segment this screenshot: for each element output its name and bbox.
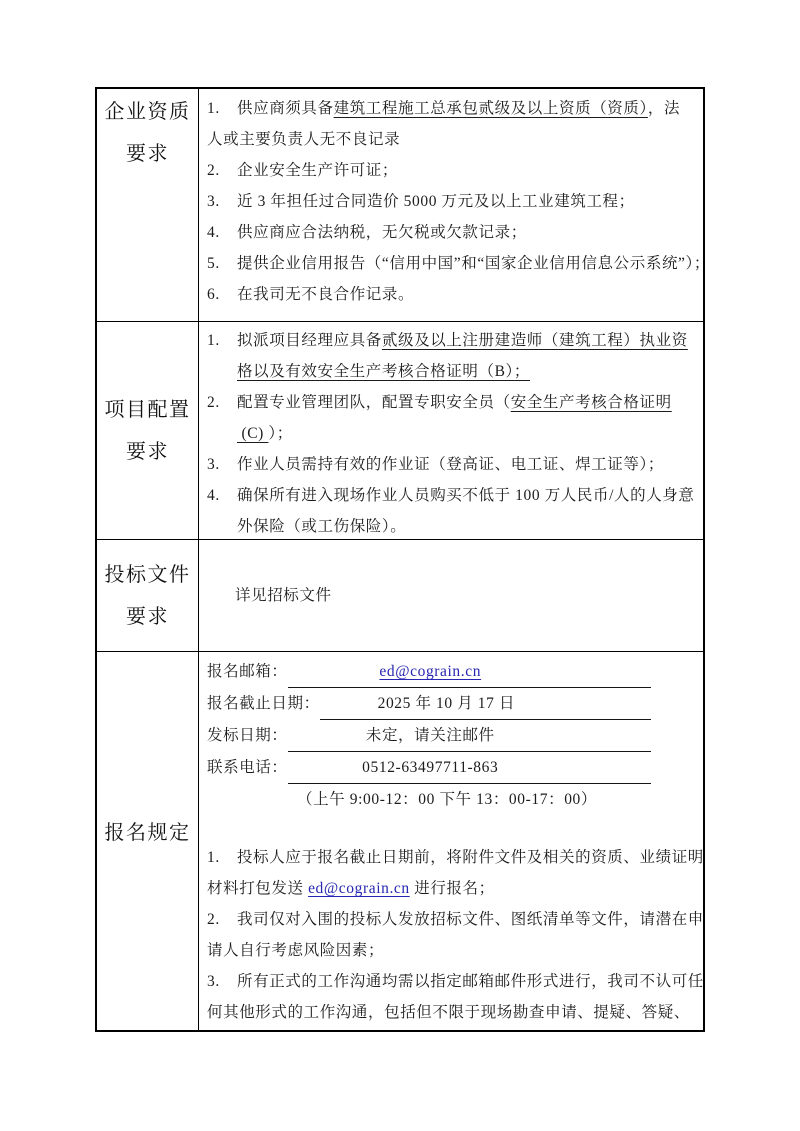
text-segment: ）； [268,425,292,442]
bid-document-note: 详见招标文件 [207,580,332,611]
list-number: 3. [207,449,237,480]
text-segment: 格以及有效安全生产考核合格证明（B）； [237,363,530,380]
registration-field: 发标日期：未定，请关注邮件 [207,720,651,752]
email-link[interactable]: ed@cograin.cn [379,663,481,680]
text-segment: 安全生产考核合格证明 [511,394,672,411]
list-number: 6. [207,279,237,310]
table-row-project-configuration: 项目配置要求 1.拟派项目经理应具备贰级及以上注册建造师（建筑工程）执业资格以及… [97,321,703,539]
field-label: 报名邮箱： [207,656,288,688]
text-segment: 在我司无不良合作记录。 [237,286,414,303]
text-segment: 我司仅对入围的投标人发放招标文件、图纸清单等文件，请潜在申 [237,911,704,928]
row-header-bid-document-requirement: 投标文件要求 [97,540,199,651]
text-segment: 贰级及以上注册建造师（建筑工程）执业资 [382,332,688,349]
text-segment: 作业人员需持有效的作业证（登高证、电工证、焊工证等）； [237,456,664,473]
text-line: 何其他形式的工作沟通，包括但不限于现场勘查申请、提疑、答疑、 [207,997,695,1028]
row-header-registration-rules: 报名规定 [97,652,199,1030]
text-line: 1.供应商须具备建筑工程施工总承包贰级及以上资质（资质），法 [207,93,695,124]
email-link[interactable]: ed@cograin.cn [308,880,410,897]
text-segment: 投标人应于报名截止日期前，将附件文件及相关的资质、业绩证明 [237,849,704,866]
registration-field: 报名截止日期：2025 年 10 月 17 日 [207,688,651,720]
text-segment: 材料打包发送 [207,880,308,897]
row-header-text: 要求 [126,133,169,175]
list-number: 2. [207,387,237,418]
text-segment: ，法 [648,100,680,117]
text-line: 4.确保所有进入现场作业人员购买不低于 100 万人民币/人的人身意 [207,480,695,511]
field-label: 报名截止日期： [207,688,320,720]
field-underline: 未定，请关注邮件 [288,720,651,752]
text-line: 1.拟派项目经理应具备贰级及以上注册建造师（建筑工程）执业资 [207,325,695,356]
row-header-text: 项目配置 [105,389,191,431]
registration-field: 报名邮箱：ed@cograin.cn [207,656,651,688]
text-segment: 外保险（或工伤保险）。 [237,518,406,535]
text-segment: 配置专业管理团队，配置专职安全员（ [237,394,511,411]
table-row-bid-document-requirement: 投标文件要求 详见招标文件 [97,539,703,651]
text-segment: (C) [237,425,268,442]
list-number: 1. [207,93,237,124]
text-segment: 拟派项目经理应具备 [237,332,382,349]
row-header-text: 报名规定 [105,812,191,854]
text-segment: 何其他形式的工作沟通，包括但不限于现场勘查申请、提疑、答疑、 [207,1004,690,1021]
row-content-project-configuration: 1.拟派项目经理应具备贰级及以上注册建造师（建筑工程）执业资格以及有效安全生产考… [199,322,703,539]
list-number: 3. [207,186,237,217]
text-segment: 供应商须具备 [237,100,334,117]
row-header-enterprise-qualification: 企业资质要求 [97,89,199,321]
text-line: 格以及有效安全生产考核合格证明（B）； [207,356,695,387]
field-value: 0512-63497711-863 [362,759,498,776]
field-value: 未定，请关注邮件 [366,727,495,744]
list-number: 2. [207,155,237,186]
document-page: 企业资质要求 1.供应商须具备建筑工程施工总承包贰级及以上资质（资质），法人或主… [0,0,800,1131]
text-segment: 近 3 年担任过合同造价 5000 万元及以上工业建筑工程； [237,193,635,210]
text-segment: 进行报名； [410,880,495,897]
text-line: 2.配置专业管理团队，配置专职安全员（安全生产考核合格证明 [207,387,695,418]
list-number: 4. [207,480,237,511]
text-segment: 确保所有进入现场作业人员购买不低于 100 万人民币/人的人身意 [237,487,695,504]
list-number: 5. [207,248,237,279]
office-hours-note: （上午 9:00-12：00 下午 13：00-17：00） [207,784,651,815]
text-line: 6.在我司无不良合作记录。 [207,279,695,310]
list-number: 1. [207,842,237,873]
row-header-text: 企业资质 [105,91,191,133]
text-line: 5.提供企业信用报告（“信用中国”和“国家企业信用信息公示系统”）； [207,248,695,279]
table-row-registration-rules: 报名规定 报名邮箱：ed@cograin.cn报名截止日期：2025 年 10 … [97,651,703,1030]
row-header-text: 要求 [126,596,169,638]
text-segment: 供应商应合法纳税，无欠税或欠款记录； [237,224,527,241]
row-header-project-configuration: 项目配置要求 [97,322,199,539]
list-number: 1. [207,325,237,356]
text-line: 2.企业安全生产许可证； [207,155,695,186]
spacer [207,815,695,842]
text-segment: 人或主要负责人无不良记录 [207,131,400,148]
text-segment: 所有正式的工作沟通均需以指定邮箱邮件形式进行，我司不认可任 [237,973,704,990]
field-value: 2025 年 10 月 17 日 [378,695,515,712]
text-line: 请人自行考虑风险因素； [207,935,695,966]
field-label: 联系电话： [207,752,288,784]
text-line: 外保险（或工伤保险）。 [207,511,695,542]
text-line: 2.我司仅对入围的投标人发放招标文件、图纸清单等文件，请潜在申 [207,904,695,935]
row-content-registration-rules: 报名邮箱：ed@cograin.cn报名截止日期：2025 年 10 月 17 … [199,652,703,1030]
row-content-bid-document-requirement: 详见招标文件 [199,540,703,651]
text-line: 人或主要负责人无不良记录 [207,124,695,155]
text-line: 1.投标人应于报名截止日期前，将附件文件及相关的资质、业绩证明 [207,842,695,873]
table-row-enterprise-qualification: 企业资质要求 1.供应商须具备建筑工程施工总承包贰级及以上资质（资质），法人或主… [97,89,703,321]
registration-field: 联系电话：0512-63497711-863 [207,752,651,784]
list-number: 2. [207,904,237,935]
field-underline: 0512-63497711-863 [288,752,651,784]
tender-requirements-table: 企业资质要求 1.供应商须具备建筑工程施工总承包贰级及以上资质（资质），法人或主… [95,87,705,1032]
text-segment: 提供企业信用报告（“信用中国”和“国家企业信用信息公示系统”）； [237,255,710,272]
row-content-enterprise-qualification: 1.供应商须具备建筑工程施工总承包贰级及以上资质（资质），法人或主要负责人无不良… [199,89,703,321]
text-line: 材料打包发送 ed@cograin.cn 进行报名； [207,873,695,904]
field-underline: 2025 年 10 月 17 日 [320,688,651,720]
text-line: 3.所有正式的工作沟通均需以指定邮箱邮件形式进行，我司不认可任 [207,966,695,997]
list-number: 4. [207,217,237,248]
text-segment: 建筑工程施工总承包贰级及以上资质（资质） [334,100,648,117]
text-line: (C) ）； [207,418,695,449]
text-segment: 请人自行考虑风险因素； [207,942,384,959]
field-label: 发标日期： [207,720,288,752]
text-line: 4.供应商应合法纳税，无欠税或欠款记录； [207,217,695,248]
text-line: 3.作业人员需持有效的作业证（登高证、电工证、焊工证等）； [207,449,695,480]
text-line: 3.近 3 年担任过合同造价 5000 万元及以上工业建筑工程； [207,186,695,217]
text-segment: 企业安全生产许可证； [237,162,398,179]
row-header-text: 要求 [126,431,169,473]
list-number: 3. [207,966,237,997]
row-header-text: 投标文件 [105,554,191,596]
field-underline: ed@cograin.cn [288,656,651,688]
